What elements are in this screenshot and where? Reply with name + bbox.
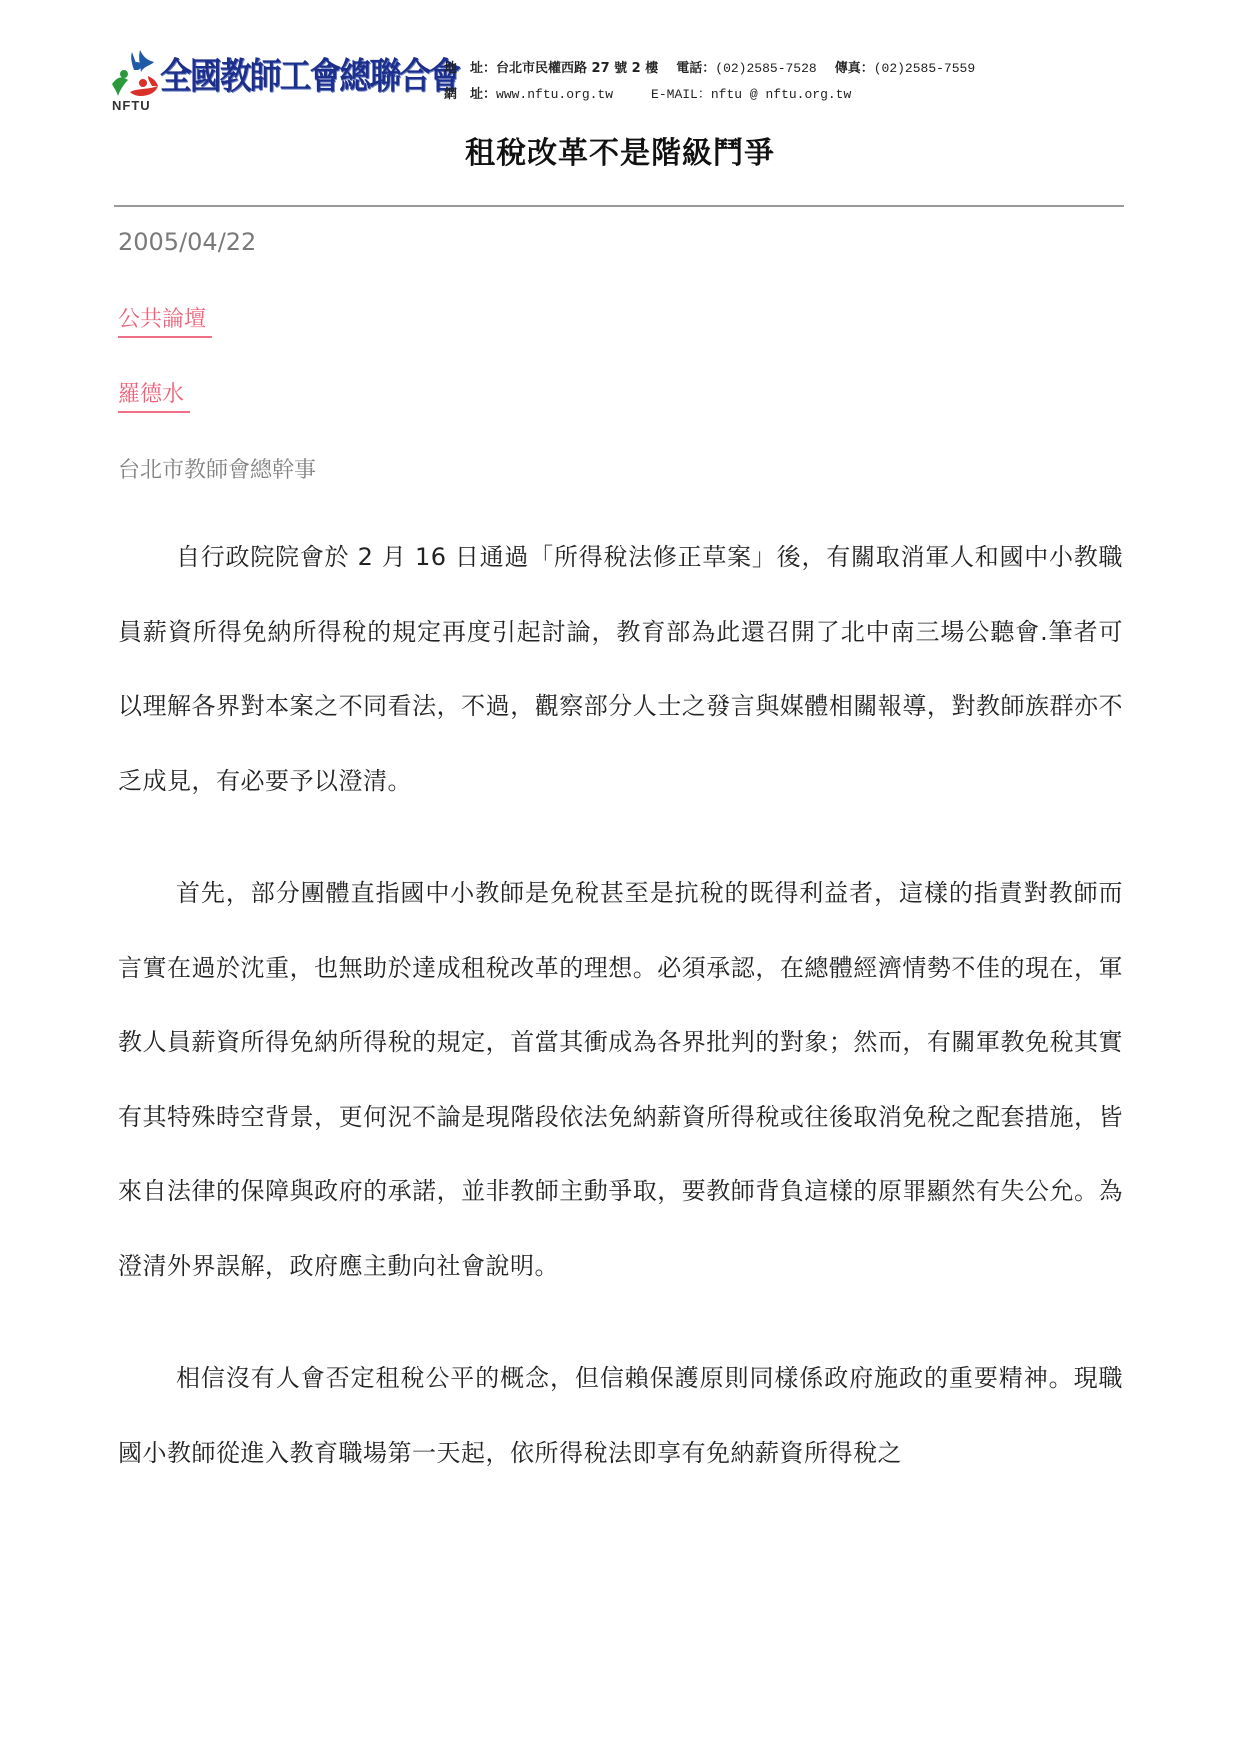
document-title: 租稅改革不是階級鬥爭 — [0, 128, 1240, 172]
publish-date: 2005/04/22 — [118, 228, 256, 256]
logo-organization-name: 全國教師工會總聯合會 — [160, 48, 459, 99]
title-divider — [114, 205, 1124, 207]
website-value: www.nftu.org.tw — [496, 87, 613, 102]
email-label: E-MAIL： — [651, 87, 711, 102]
fax-value: (02)2585-7559 — [874, 61, 975, 76]
fax-label: 傳真： — [835, 61, 874, 76]
article-body: 自行政院院會於 2 月 16 日通過「所得稅法修正草案」後，有關取消軍人和國中小… — [118, 520, 1123, 1490]
paragraph: 首先，部分團體直指國中小教師是免稅甚至是抗稅的既得利益者，這樣的指責對教師而言實… — [118, 856, 1123, 1303]
contact-line-1: 地 址：台北市民權西路 27 號 2 樓電話：(02)2585-7528傳真：(… — [444, 56, 975, 82]
email-value: nftu @ nftu.org.tw — [711, 87, 851, 102]
document-page: NFTU 全國教師工會總聯合會 地 址：台北市民權西路 27 號 2 樓電話：(… — [0, 0, 1240, 1754]
letterhead: NFTU 全國教師工會總聯合會 地 址：台北市民權西路 27 號 2 樓電話：(… — [108, 44, 1108, 124]
website-label: 網 址： — [444, 87, 496, 102]
paragraph: 相信沒有人會否定租稅公平的概念，但信賴保護原則同樣係政府施政的重要精神。現職國小… — [118, 1341, 1123, 1490]
contact-line-2: 網 址：www.nftu.org.twE-MAIL：nftu @ nftu.or… — [444, 82, 975, 108]
paragraph: 自行政院院會於 2 月 16 日通過「所得稅法修正草案」後，有關取消軍人和國中小… — [118, 520, 1123, 818]
address-label: 地 址： — [444, 61, 496, 76]
nftu-emblem-icon — [110, 46, 162, 98]
address-value: 台北市民權西路 27 號 2 樓 — [496, 61, 658, 76]
author-position: 台北市教師會總幹事 — [118, 453, 316, 484]
logo-abbreviation: NFTU — [112, 98, 151, 113]
author-link[interactable]: 羅德水 — [118, 377, 190, 413]
nftu-logo: NFTU 全國教師工會總聯合會 — [108, 44, 418, 116]
phone-value: (02)2585-7528 — [715, 61, 816, 76]
category-link[interactable]: 公共論壇 — [118, 302, 212, 338]
contact-info: 地 址：台北市民權西路 27 號 2 樓電話：(02)2585-7528傳真：(… — [444, 56, 975, 108]
phone-label: 電話： — [676, 61, 715, 76]
